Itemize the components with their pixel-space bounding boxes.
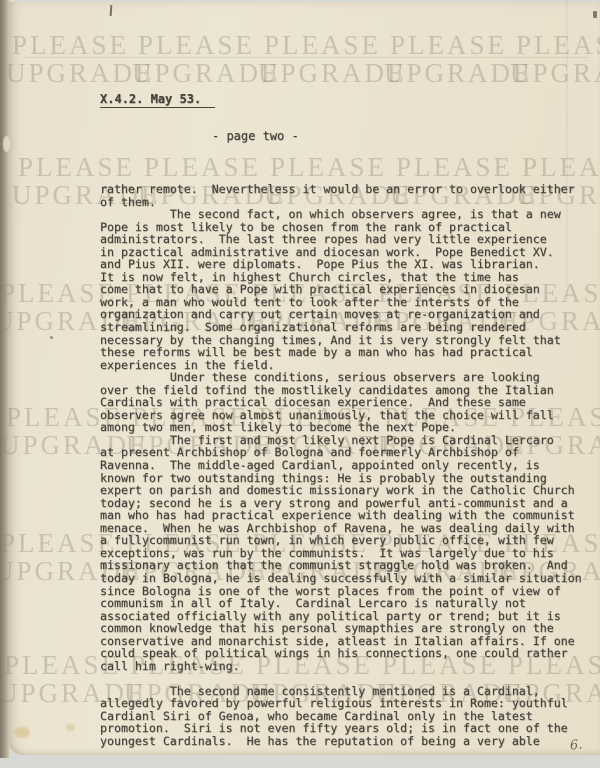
ink-speck <box>50 336 53 339</box>
document-body: rather remote. Nevertheless it would be … <box>100 183 592 748</box>
scanned-document-screenshot: { "watermark": { "words": ["PLEASE", "UP… <box>0 0 600 768</box>
paper-stain <box>66 724 75 731</box>
text-line: communism in all of Italy. Cardinal Lerc… <box>100 597 592 610</box>
text-line: man who has had practical experience wit… <box>100 509 592 522</box>
text-line: these reforms will be best made by a man… <box>100 346 592 359</box>
paragraph-2: The second fact, on which observers agre… <box>100 208 592 371</box>
page-label: - page two - <box>212 129 299 143</box>
text-line: common knowledge that his personal symap… <box>100 622 592 635</box>
text-line: Cardinals with practical diocesan experi… <box>100 396 592 409</box>
text-line: and Pius XII. were diplomats. Pope Pius … <box>100 258 592 271</box>
paragraph-1: rather remote. Nevertheless it would be … <box>100 183 592 208</box>
text-line: The second fact, on which observers agre… <box>100 208 592 221</box>
handwritten-page-number: 6. <box>569 737 583 753</box>
text-line: administrators. The last three ropes had… <box>100 233 592 246</box>
paragraph-3: Under these conditions, serious observer… <box>100 371 592 672</box>
text-line: Ravenna. The middle-aged Cardianl, appoi… <box>100 459 592 472</box>
scan-edge-shadow <box>0 0 10 758</box>
text-line: Under these conditions, serious observer… <box>100 371 592 384</box>
text-line: streamlining. Some organizational reform… <box>100 321 592 334</box>
paragraph-4: The second name consistently mentioned i… <box>100 685 592 748</box>
text-line: could speak of political wings in his co… <box>100 647 592 660</box>
text-line: youngest Cardinals. He has the reputatio… <box>100 735 592 748</box>
text-line: today in Bologna, he is dealing successf… <box>100 572 592 585</box>
text-line: call him right-wing. <box>100 660 592 673</box>
text-line: expert on parish and domestic missionary… <box>100 484 592 497</box>
ink-speck <box>593 11 597 18</box>
text-line: rather remote. Nevertheless it would be … <box>100 183 592 196</box>
document-reference-number: X.4.2. May 53. <box>100 92 215 108</box>
fold-line <box>25 57 588 58</box>
paper-stain <box>3 136 10 152</box>
text-line: a fullycommunist run town, in which ever… <box>100 534 592 547</box>
paper-stain <box>14 727 30 738</box>
